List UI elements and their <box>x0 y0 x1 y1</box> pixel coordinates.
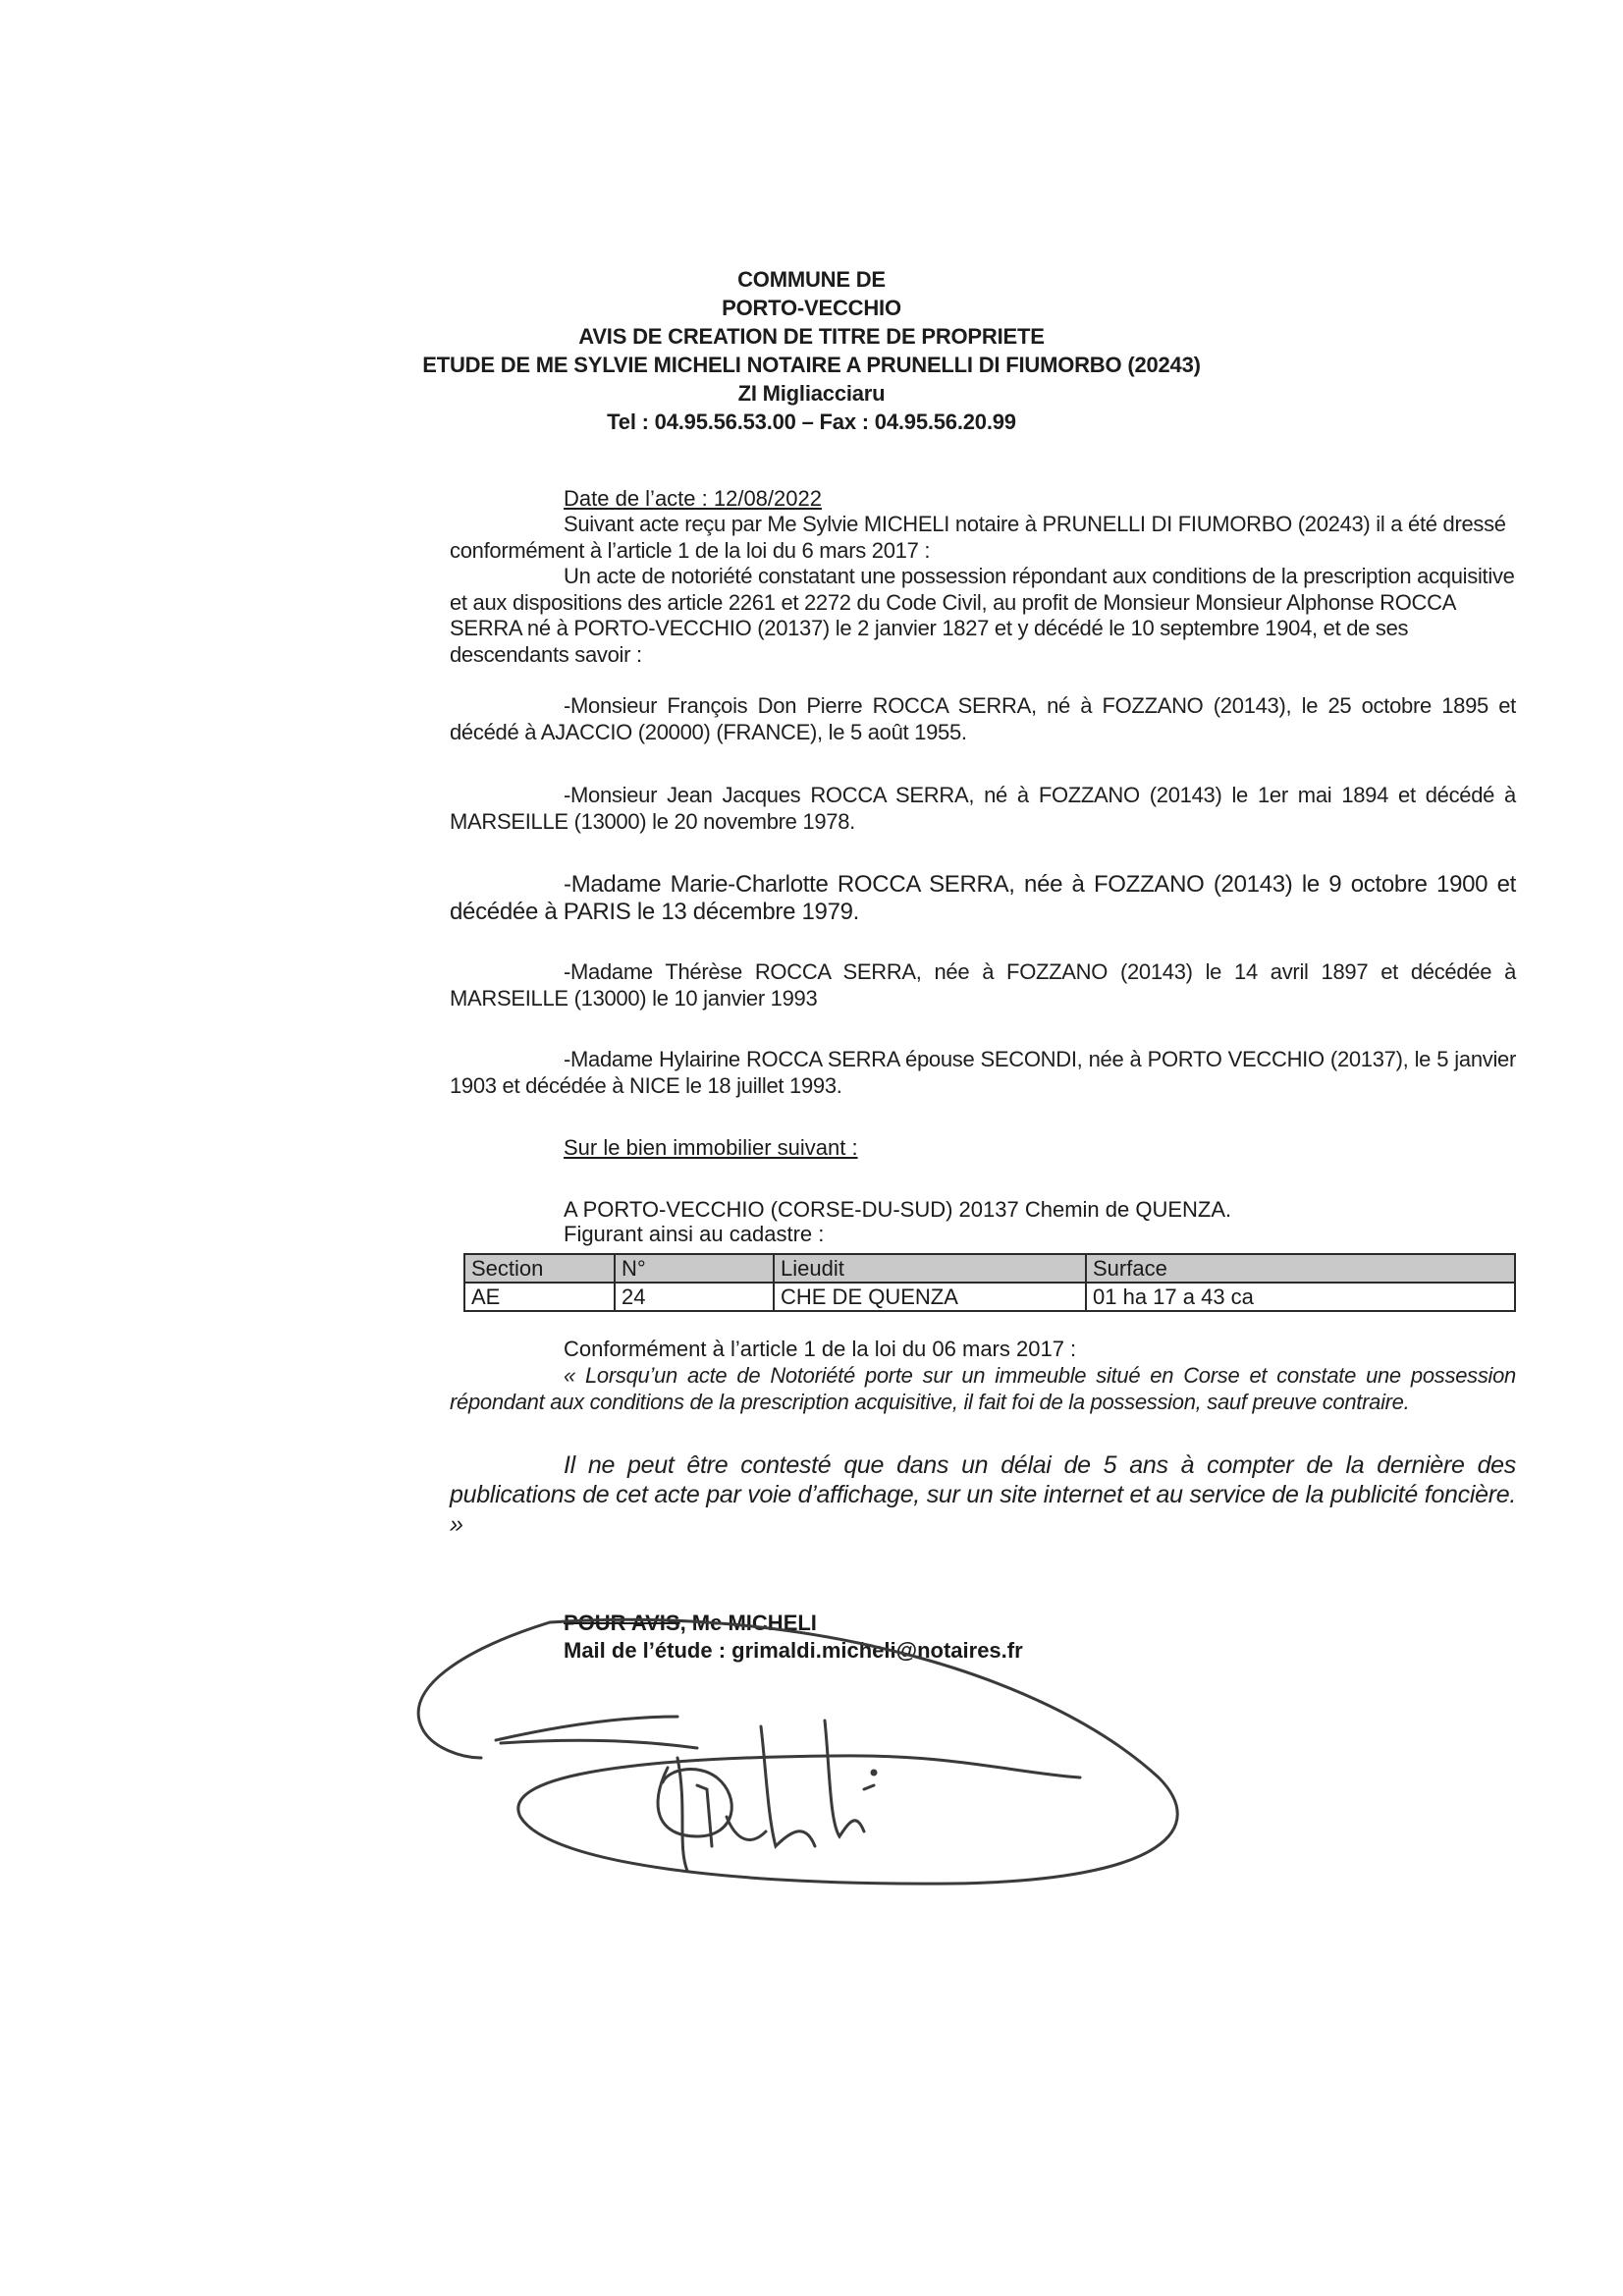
cadastre-label: Figurant ainsi au cadastre : <box>564 1224 824 1245</box>
cell-section: AE <box>464 1283 615 1311</box>
column-header-lieudit: Lieudit <box>774 1254 1086 1283</box>
header-notice-title: AVIS DE CREATION DE TITRE DE PROPRIETE <box>0 322 1623 351</box>
cell-lieudit: CHE DE QUENZA <box>774 1283 1086 1311</box>
table-row: AE 24 CHE DE QUENZA 01 ha 17 a 43 ca <box>464 1283 1515 1311</box>
deed-date: Date de l’acte : 12/08/2022 <box>564 486 822 512</box>
header-address: ZI Migliacciaru <box>0 379 1623 408</box>
column-header-section: Section <box>464 1254 615 1283</box>
heir-item: -Madame Marie-Charlotte ROCCA SERRA, née… <box>450 871 1516 926</box>
heir-item: -Madame Thérèse ROCCA SERRA, née à FOZZA… <box>450 959 1516 1011</box>
heir-item: -Monsieur François Don Pierre ROCCA SERR… <box>450 693 1516 745</box>
header-notary-office: ETUDE DE ME SYLVIE MICHELI NOTAIRE A PRU… <box>0 351 1623 379</box>
document-page: COMMUNE DE PORTO-VECCHIO AVIS DE CREATIO… <box>0 0 1623 2296</box>
handwritten-signature-icon <box>403 1611 1208 1905</box>
property-address: A PORTO-VECCHIO (CORSE-DU-SUD) 20137 Che… <box>564 1197 1231 1223</box>
column-header-surface: Surface <box>1086 1254 1515 1283</box>
heir-item: -Monsieur Jean Jacques ROCCA SERRA, né à… <box>450 783 1516 835</box>
property-heading: Sur le bien immobilier suivant : <box>564 1135 858 1161</box>
cell-number: 24 <box>615 1283 774 1311</box>
header-town: PORTO-VECCHIO <box>0 294 1623 322</box>
header-contact: Tel : 04.95.56.53.00 – Fax : 04.95.56.20… <box>0 408 1623 436</box>
cadastre-header-row: Section N° Lieudit Surface <box>464 1254 1515 1283</box>
law-reference: Conformément à l’article 1 de la loi du … <box>564 1337 1076 1362</box>
cell-surface: 01 ha 17 a 43 ca <box>1086 1283 1515 1311</box>
document-header: COMMUNE DE PORTO-VECCHIO AVIS DE CREATIO… <box>0 265 1623 436</box>
law-quote-paragraph-2: Il ne peut être contesté que dans un dél… <box>450 1450 1516 1539</box>
cadastre-table: Section N° Lieudit Surface AE 24 CHE DE … <box>463 1253 1516 1312</box>
header-commune: COMMUNE DE <box>0 265 1623 294</box>
deed-notoriety-paragraph: Un acte de notoriété constatant une poss… <box>450 564 1516 668</box>
law-quote-paragraph-1: « Lorsqu’un acte de Notoriété porte sur … <box>450 1363 1516 1415</box>
deed-intro-paragraph: Suivant acte reçu par Me Sylvie MICHELI … <box>450 512 1516 564</box>
column-header-number: N° <box>615 1254 774 1283</box>
heir-item: -Madame Hylairine ROCCA SERRA épouse SEC… <box>450 1047 1516 1099</box>
